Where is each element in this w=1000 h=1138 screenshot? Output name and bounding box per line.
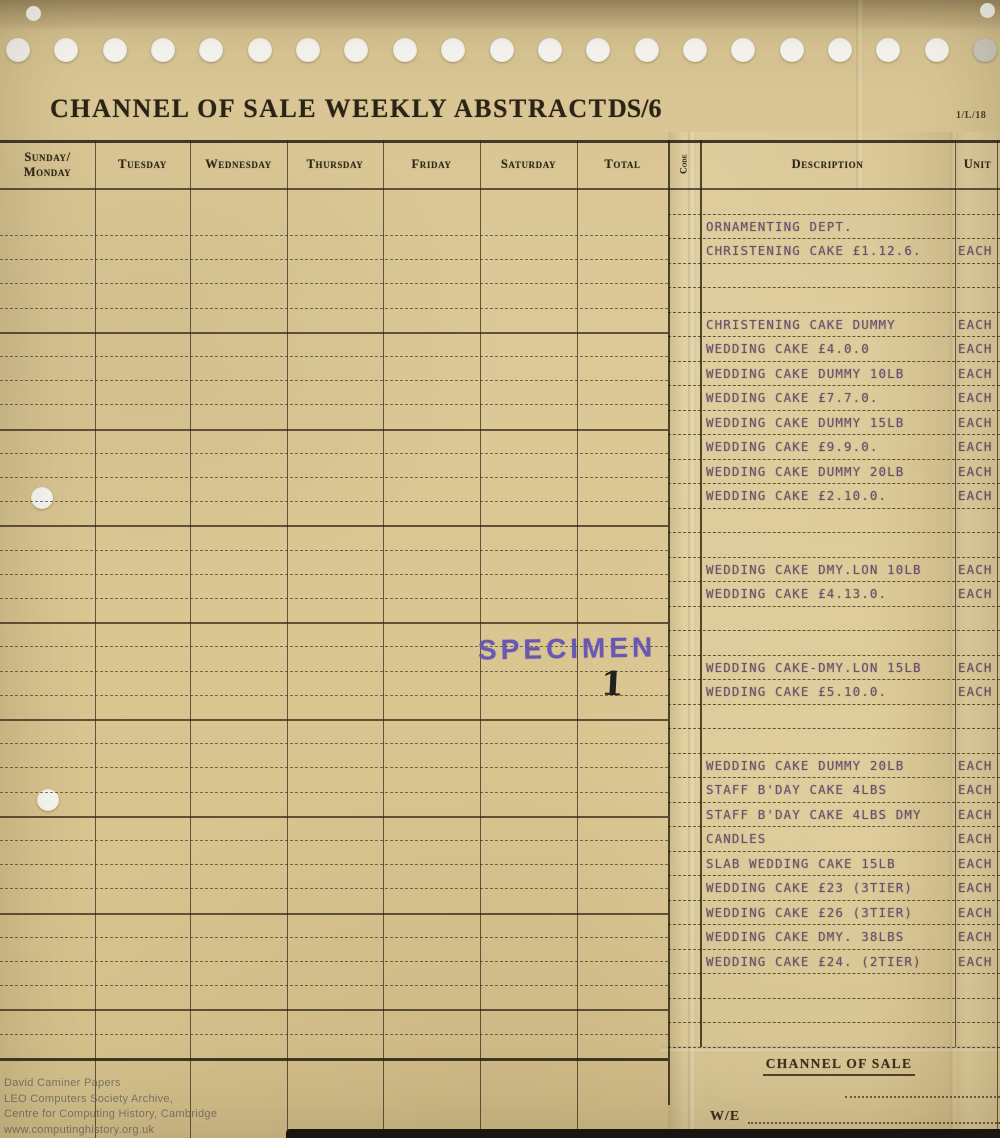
column-header-label: Unit — [964, 157, 991, 171]
description-cell: WEDDING CAKE £2.10.0. — [700, 484, 955, 508]
grid-rule — [0, 671, 668, 672]
description-cell: WEDDING CAKE DMY.LON 10LB — [700, 558, 955, 582]
unit-cell — [955, 264, 1000, 288]
unit-cell: EACH — [955, 876, 1000, 900]
grid-rule — [0, 429, 668, 431]
torn-punch-hole — [26, 6, 41, 21]
dotted-rule — [845, 1096, 1000, 1098]
code-cell — [668, 999, 700, 1023]
code-cell — [668, 778, 700, 802]
table-row: CHRISTENING CAKE £1.12.6.EACH — [668, 239, 1000, 264]
table-row — [668, 999, 1000, 1024]
table-row: WEDDING CAKE DMY.LON 10LBEACH — [668, 558, 1000, 583]
unit-cell — [955, 607, 1000, 631]
unit-cell — [955, 1023, 1000, 1047]
unit-cell: EACH — [955, 827, 1000, 851]
grid-rule — [0, 961, 668, 962]
description-cell — [700, 705, 955, 729]
table-row — [668, 509, 1000, 534]
footer-section-label: CHANNEL OF SALE — [763, 1056, 915, 1076]
unit-cell: EACH — [955, 239, 1000, 263]
table-row: WEDDING CAKE £23 (3TIER)EACH — [668, 876, 1000, 901]
table-row — [668, 705, 1000, 730]
table-row: WEDDING CAKE £26 (3TIER)EACH — [668, 901, 1000, 926]
table-row: CHRISTENING CAKE DUMMYEACH — [668, 313, 1000, 338]
table-row — [668, 533, 1000, 558]
page-title: CHANNEL OF SALE WEEKLY ABSTRACT — [50, 94, 608, 124]
code-cell — [668, 460, 700, 484]
description-cell: WEDDING CAKE DUMMY 10LB — [700, 362, 955, 386]
form-code: DS/6 — [608, 94, 661, 124]
table-row: WEDDING CAKE £7.7.0.EACH — [668, 386, 1000, 411]
code-cell — [668, 313, 700, 337]
punch-hole — [54, 38, 78, 62]
unit-cell — [955, 533, 1000, 557]
code-cell — [668, 901, 700, 925]
grid-rule — [0, 308, 668, 309]
column-header-label: Saturday — [501, 157, 556, 171]
description-cell: CANDLES — [700, 827, 955, 851]
code-cell — [668, 729, 700, 753]
table-row: WEDDING CAKE DUMMY 20LBEACH — [668, 754, 1000, 779]
handwritten-mark: 1 — [600, 663, 625, 703]
grid-rule — [0, 477, 668, 478]
punch-hole — [828, 38, 852, 62]
grid-rule — [0, 404, 668, 405]
table-row: WEDDING CAKE DUMMY 15LBEACH — [668, 411, 1000, 436]
reference-number: 1/L/18 — [956, 110, 986, 121]
table-row — [668, 729, 1000, 754]
description-cell: WEDDING CAKE £24. (2TIER) — [700, 950, 955, 974]
table-row: WEDDING CAKE £9.9.0.EACH — [668, 435, 1000, 460]
code-cell — [668, 386, 700, 410]
week-ending-label: W/E — [710, 1109, 740, 1125]
column-header-label: Description — [792, 157, 864, 171]
description-cell — [700, 1023, 955, 1047]
table-row — [668, 288, 1000, 313]
column-header-label: Wednesday — [205, 157, 272, 171]
description-cell: WEDDING CAKE £9.9.0. — [700, 435, 955, 459]
description-cell — [700, 509, 955, 533]
table-row — [668, 264, 1000, 289]
watermark-line: David Caminer Papers — [4, 1076, 217, 1092]
column-header-label: Friday — [412, 157, 452, 171]
archive-watermark: David Caminer Papers LEO Computers Socie… — [4, 1076, 217, 1138]
unit-cell: EACH — [955, 362, 1000, 386]
column-header-code: Code — [668, 141, 700, 188]
code-cell — [668, 435, 700, 459]
code-cell — [668, 1023, 700, 1047]
unit-cell: EACH — [955, 656, 1000, 680]
grid-rule — [0, 767, 668, 768]
description-cell: STAFF B'DAY CAKE 4LBS — [700, 778, 955, 802]
code-cell — [668, 288, 700, 312]
grid-rule — [0, 235, 668, 236]
code-cell — [668, 484, 700, 508]
column-header-thursday: Thursday — [287, 141, 383, 188]
code-cell — [668, 411, 700, 435]
description-cell — [700, 607, 955, 631]
table-row: WEDDING CAKE £4.13.0.EACH — [668, 582, 1000, 607]
code-cell — [668, 974, 700, 998]
column-header-saturday: Saturday — [480, 141, 577, 188]
grid-rule — [0, 816, 668, 818]
description-cell — [700, 974, 955, 998]
code-cell — [668, 680, 700, 704]
punch-hole — [876, 38, 900, 62]
grid-rule — [0, 985, 668, 986]
code-cell — [668, 705, 700, 729]
column-header-unit: Unit — [955, 141, 1000, 188]
grid-rule — [0, 574, 668, 575]
watermark-line: LEO Computers Society Archive, — [4, 1092, 217, 1108]
table-row: WEDDING CAKE DUMMY 20LBEACH — [668, 460, 1000, 485]
description-cell — [700, 999, 955, 1023]
code-cell — [668, 950, 700, 974]
code-cell — [668, 337, 700, 361]
unit-cell: EACH — [955, 460, 1000, 484]
column-header-label: Code — [679, 155, 689, 175]
table-row: SLAB WEDDING CAKE 15LBEACH — [668, 852, 1000, 877]
grid-rule — [0, 864, 668, 865]
table-row — [668, 190, 1000, 215]
week-ending-rule — [748, 1122, 1000, 1124]
column-rule — [95, 140, 96, 1138]
code-cell — [668, 190, 700, 214]
table-row: CANDLESEACH — [668, 827, 1000, 852]
unit-cell: EACH — [955, 803, 1000, 827]
description-cell: WEDDING CAKE DUMMY 20LB — [700, 754, 955, 778]
code-cell — [668, 362, 700, 386]
punch-hole — [441, 38, 465, 62]
column-rule — [287, 140, 288, 1138]
code-cell — [668, 656, 700, 680]
scan-edge-shadow — [286, 1129, 1000, 1138]
description-cell: WEDDING CAKE DMY. 38LBS — [700, 925, 955, 949]
code-cell — [668, 925, 700, 949]
code-cell — [668, 239, 700, 263]
unit-cell — [955, 729, 1000, 753]
punch-hole — [199, 38, 223, 62]
unit-cell: EACH — [955, 435, 1000, 459]
unit-cell: EACH — [955, 852, 1000, 876]
punch-hole — [635, 38, 659, 62]
description-cell — [700, 533, 955, 557]
unit-cell — [955, 215, 1000, 239]
table-row: STAFF B'DAY CAKE 4LBS DMYEACH — [668, 803, 1000, 828]
punch-hole — [151, 38, 175, 62]
table-row: WEDDING CAKE DMY. 38LBSEACH — [668, 925, 1000, 950]
grid-rule — [0, 888, 668, 889]
punch-hole — [683, 38, 707, 62]
unit-cell: EACH — [955, 754, 1000, 778]
grid-rule — [0, 525, 668, 527]
description-cell: WEDDING CAKE £7.7.0. — [700, 386, 955, 410]
table-row: ORNAMENTING DEPT. — [668, 215, 1000, 240]
punch-hole — [490, 38, 514, 62]
unit-cell — [955, 705, 1000, 729]
grid-rule — [0, 598, 668, 599]
grid-rule — [0, 550, 668, 551]
unit-cell: EACH — [955, 950, 1000, 974]
grid-rule — [0, 501, 668, 502]
code-cell — [668, 607, 700, 631]
punch-hole — [248, 38, 272, 62]
grid-rule — [0, 453, 668, 454]
code-cell — [668, 264, 700, 288]
column-header-label: Thursday — [307, 157, 364, 171]
table-row: WEDDING CAKE £2.10.0.EACH — [668, 484, 1000, 509]
table-row: WEDDING CAKE £5.10.0.EACH — [668, 680, 1000, 705]
column-rule — [383, 140, 384, 1138]
punch-hole — [973, 38, 997, 62]
code-cell — [668, 631, 700, 655]
description-cell — [700, 190, 955, 214]
punch-hole — [103, 38, 127, 62]
unit-cell: EACH — [955, 925, 1000, 949]
punch-hole — [6, 38, 30, 62]
description-cell: WEDDING CAKE £4.13.0. — [700, 582, 955, 606]
column-header-label: Tuesday — [118, 157, 167, 171]
description-cell — [700, 264, 955, 288]
code-cell — [668, 803, 700, 827]
description-cell: WEDDING CAKE-DMY.LON 15LB — [700, 656, 955, 680]
unit-cell — [955, 190, 1000, 214]
unit-cell: EACH — [955, 411, 1000, 435]
description-cell: WEDDING CAKE DUMMY 15LB — [700, 411, 955, 435]
table-row — [668, 607, 1000, 632]
grid-rule — [0, 719, 668, 721]
description-cell — [700, 729, 955, 753]
table-row — [668, 631, 1000, 656]
unit-cell — [955, 509, 1000, 533]
description-cell: WEDDING CAKE £23 (3TIER) — [700, 876, 955, 900]
torn-punch-hole — [980, 3, 995, 18]
description-cell: STAFF B'DAY CAKE 4LBS DMY — [700, 803, 955, 827]
grid-rule — [0, 332, 668, 334]
description-cell: WEDDING CAKE DUMMY 20LB — [700, 460, 955, 484]
grid-rule — [0, 356, 668, 357]
grid-rule — [0, 1009, 668, 1011]
unit-cell — [955, 631, 1000, 655]
unit-cell: EACH — [955, 313, 1000, 337]
scanned-form-page: CHANNEL OF SALE WEEKLY ABSTRACT DS/6 1/L… — [0, 0, 1000, 1138]
table-row — [668, 974, 1000, 999]
punch-hole — [731, 38, 755, 62]
grid-rule — [0, 622, 668, 624]
punch-hole — [296, 38, 320, 62]
column-header-description: Description — [700, 141, 955, 188]
punch-hole — [538, 38, 562, 62]
punch-hole — [344, 38, 368, 62]
grid-rule — [0, 792, 668, 793]
table-row: WEDDING CAKE £24. (2TIER)EACH — [668, 950, 1000, 975]
description-cell: WEDDING CAKE £5.10.0. — [700, 680, 955, 704]
code-cell — [668, 827, 700, 851]
code-cell — [668, 533, 700, 557]
grid-rule — [0, 937, 668, 938]
description-cell: WEDDING CAKE £26 (3TIER) — [700, 901, 955, 925]
table-row: STAFF B'DAY CAKE 4LBSEACH — [668, 778, 1000, 803]
watermark-line: www.computinghistory.org.uk — [4, 1123, 217, 1138]
unit-cell: EACH — [955, 680, 1000, 704]
grid-rule — [0, 259, 668, 260]
column-header-sunday-monday: Sunday/ Monday — [0, 141, 95, 188]
column-header-wednesday: Wednesday — [190, 141, 287, 188]
specimen-stamp: SPECIMEN — [478, 631, 657, 666]
unit-cell: EACH — [955, 901, 1000, 925]
code-cell — [668, 852, 700, 876]
code-cell — [668, 558, 700, 582]
description-cell: ORNAMENTING DEPT. — [700, 215, 955, 239]
table-row: WEDDING CAKE £4.0.0EACH — [668, 337, 1000, 362]
unit-cell — [955, 999, 1000, 1023]
punch-hole — [586, 38, 610, 62]
punch-hole — [393, 38, 417, 62]
description-cell: CHRISTENING CAKE DUMMY — [700, 313, 955, 337]
column-header-label: Total — [604, 157, 640, 171]
column-rule — [190, 140, 191, 1138]
column-header-friday: Friday — [383, 141, 480, 188]
unit-cell: EACH — [955, 558, 1000, 582]
punch-hole — [780, 38, 804, 62]
grid-rule — [0, 913, 668, 915]
table-row: WEDDING CAKE-DMY.LON 15LBEACH — [668, 656, 1000, 681]
description-cell — [700, 288, 955, 312]
torn-binding-edge — [0, 0, 1000, 30]
grid-bottom-rule — [0, 1058, 668, 1061]
column-header-tuesday: Tuesday — [95, 141, 190, 188]
table-row: WEDDING CAKE DUMMY 10LBEACH — [668, 362, 1000, 387]
description-cell: CHRISTENING CAKE £1.12.6. — [700, 239, 955, 263]
grid-rule — [0, 840, 668, 841]
grid-rule — [0, 380, 668, 381]
code-cell — [668, 509, 700, 533]
code-cell — [668, 876, 700, 900]
grid-rule — [0, 283, 668, 284]
column-header-label: Sunday/ Monday — [24, 150, 72, 179]
unit-cell — [955, 288, 1000, 312]
watermark-line: Centre for Computing History, Cambridge — [4, 1107, 217, 1123]
table-row — [668, 1023, 1000, 1048]
code-cell — [668, 215, 700, 239]
grid-rule — [0, 743, 668, 744]
unit-cell: EACH — [955, 484, 1000, 508]
column-header-total: Total — [577, 141, 668, 188]
grid-rule — [0, 1034, 668, 1035]
unit-cell: EACH — [955, 337, 1000, 361]
unit-cell: EACH — [955, 778, 1000, 802]
description-cell: SLAB WEDDING CAKE 15LB — [700, 852, 955, 876]
unit-cell: EACH — [955, 386, 1000, 410]
code-cell — [668, 754, 700, 778]
grid-rule — [0, 695, 668, 696]
description-cell: WEDDING CAKE £4.0.0 — [700, 337, 955, 361]
punch-hole — [925, 38, 949, 62]
code-cell — [668, 582, 700, 606]
side-punch-hole — [31, 487, 53, 509]
unit-cell — [955, 974, 1000, 998]
description-cell — [700, 631, 955, 655]
unit-cell: EACH — [955, 582, 1000, 606]
